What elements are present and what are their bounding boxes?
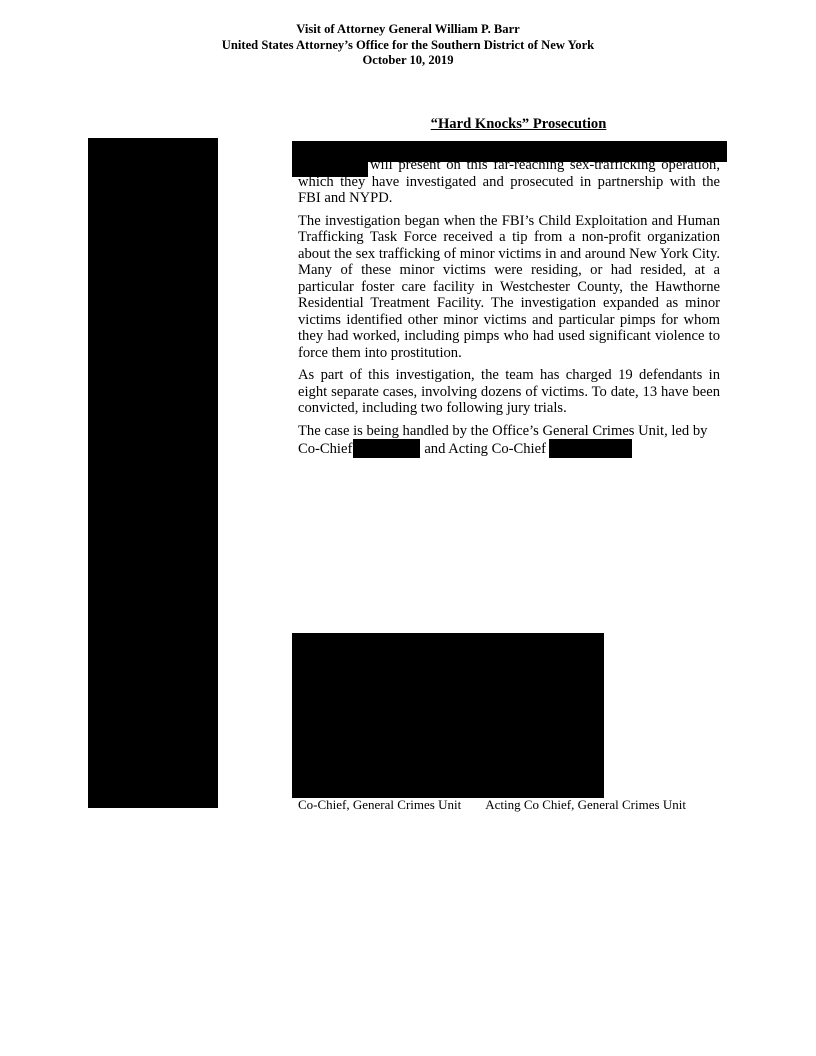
header-visit-title: Visit of Attorney General William P. Bar… <box>0 22 816 38</box>
redaction-co-chief-name <box>353 439 420 458</box>
header-office: United States Attorney’s Office for the … <box>0 38 816 54</box>
signature-label-acting-co-chief: Acting Co Chief, General Crimes Unit <box>485 797 686 813</box>
paragraph-intro-text: will present on this far-reaching sex-tr… <box>298 157 720 206</box>
header-date: October 10, 2019 <box>0 53 816 69</box>
redaction-left-column <box>88 138 218 808</box>
document-header: Visit of Attorney General William P. Bar… <box>0 22 816 69</box>
redaction-photos <box>292 633 604 798</box>
section-title: “Hard Knocks” Prosecution <box>292 116 727 133</box>
document-body: will present on this far-reaching sex-tr… <box>298 157 720 464</box>
paragraph-unit-text-b: and Acting Co-Chief <box>424 441 546 457</box>
paragraph-charges: As part of this investigation, the team … <box>298 367 720 417</box>
signature-label-co-chief: Co-Chief, General Crimes Unit <box>298 797 461 813</box>
signature-labels: Co-Chief, General Crimes UnitActing Co C… <box>298 797 686 813</box>
paragraph-intro: will present on this far-reaching sex-tr… <box>298 157 720 207</box>
redaction-acting-co-chief-name <box>549 439 632 458</box>
paragraph-investigation: The investigation began when the FBI’s C… <box>298 213 720 362</box>
paragraph-unit: The case is being handled by the Office’… <box>298 423 720 459</box>
